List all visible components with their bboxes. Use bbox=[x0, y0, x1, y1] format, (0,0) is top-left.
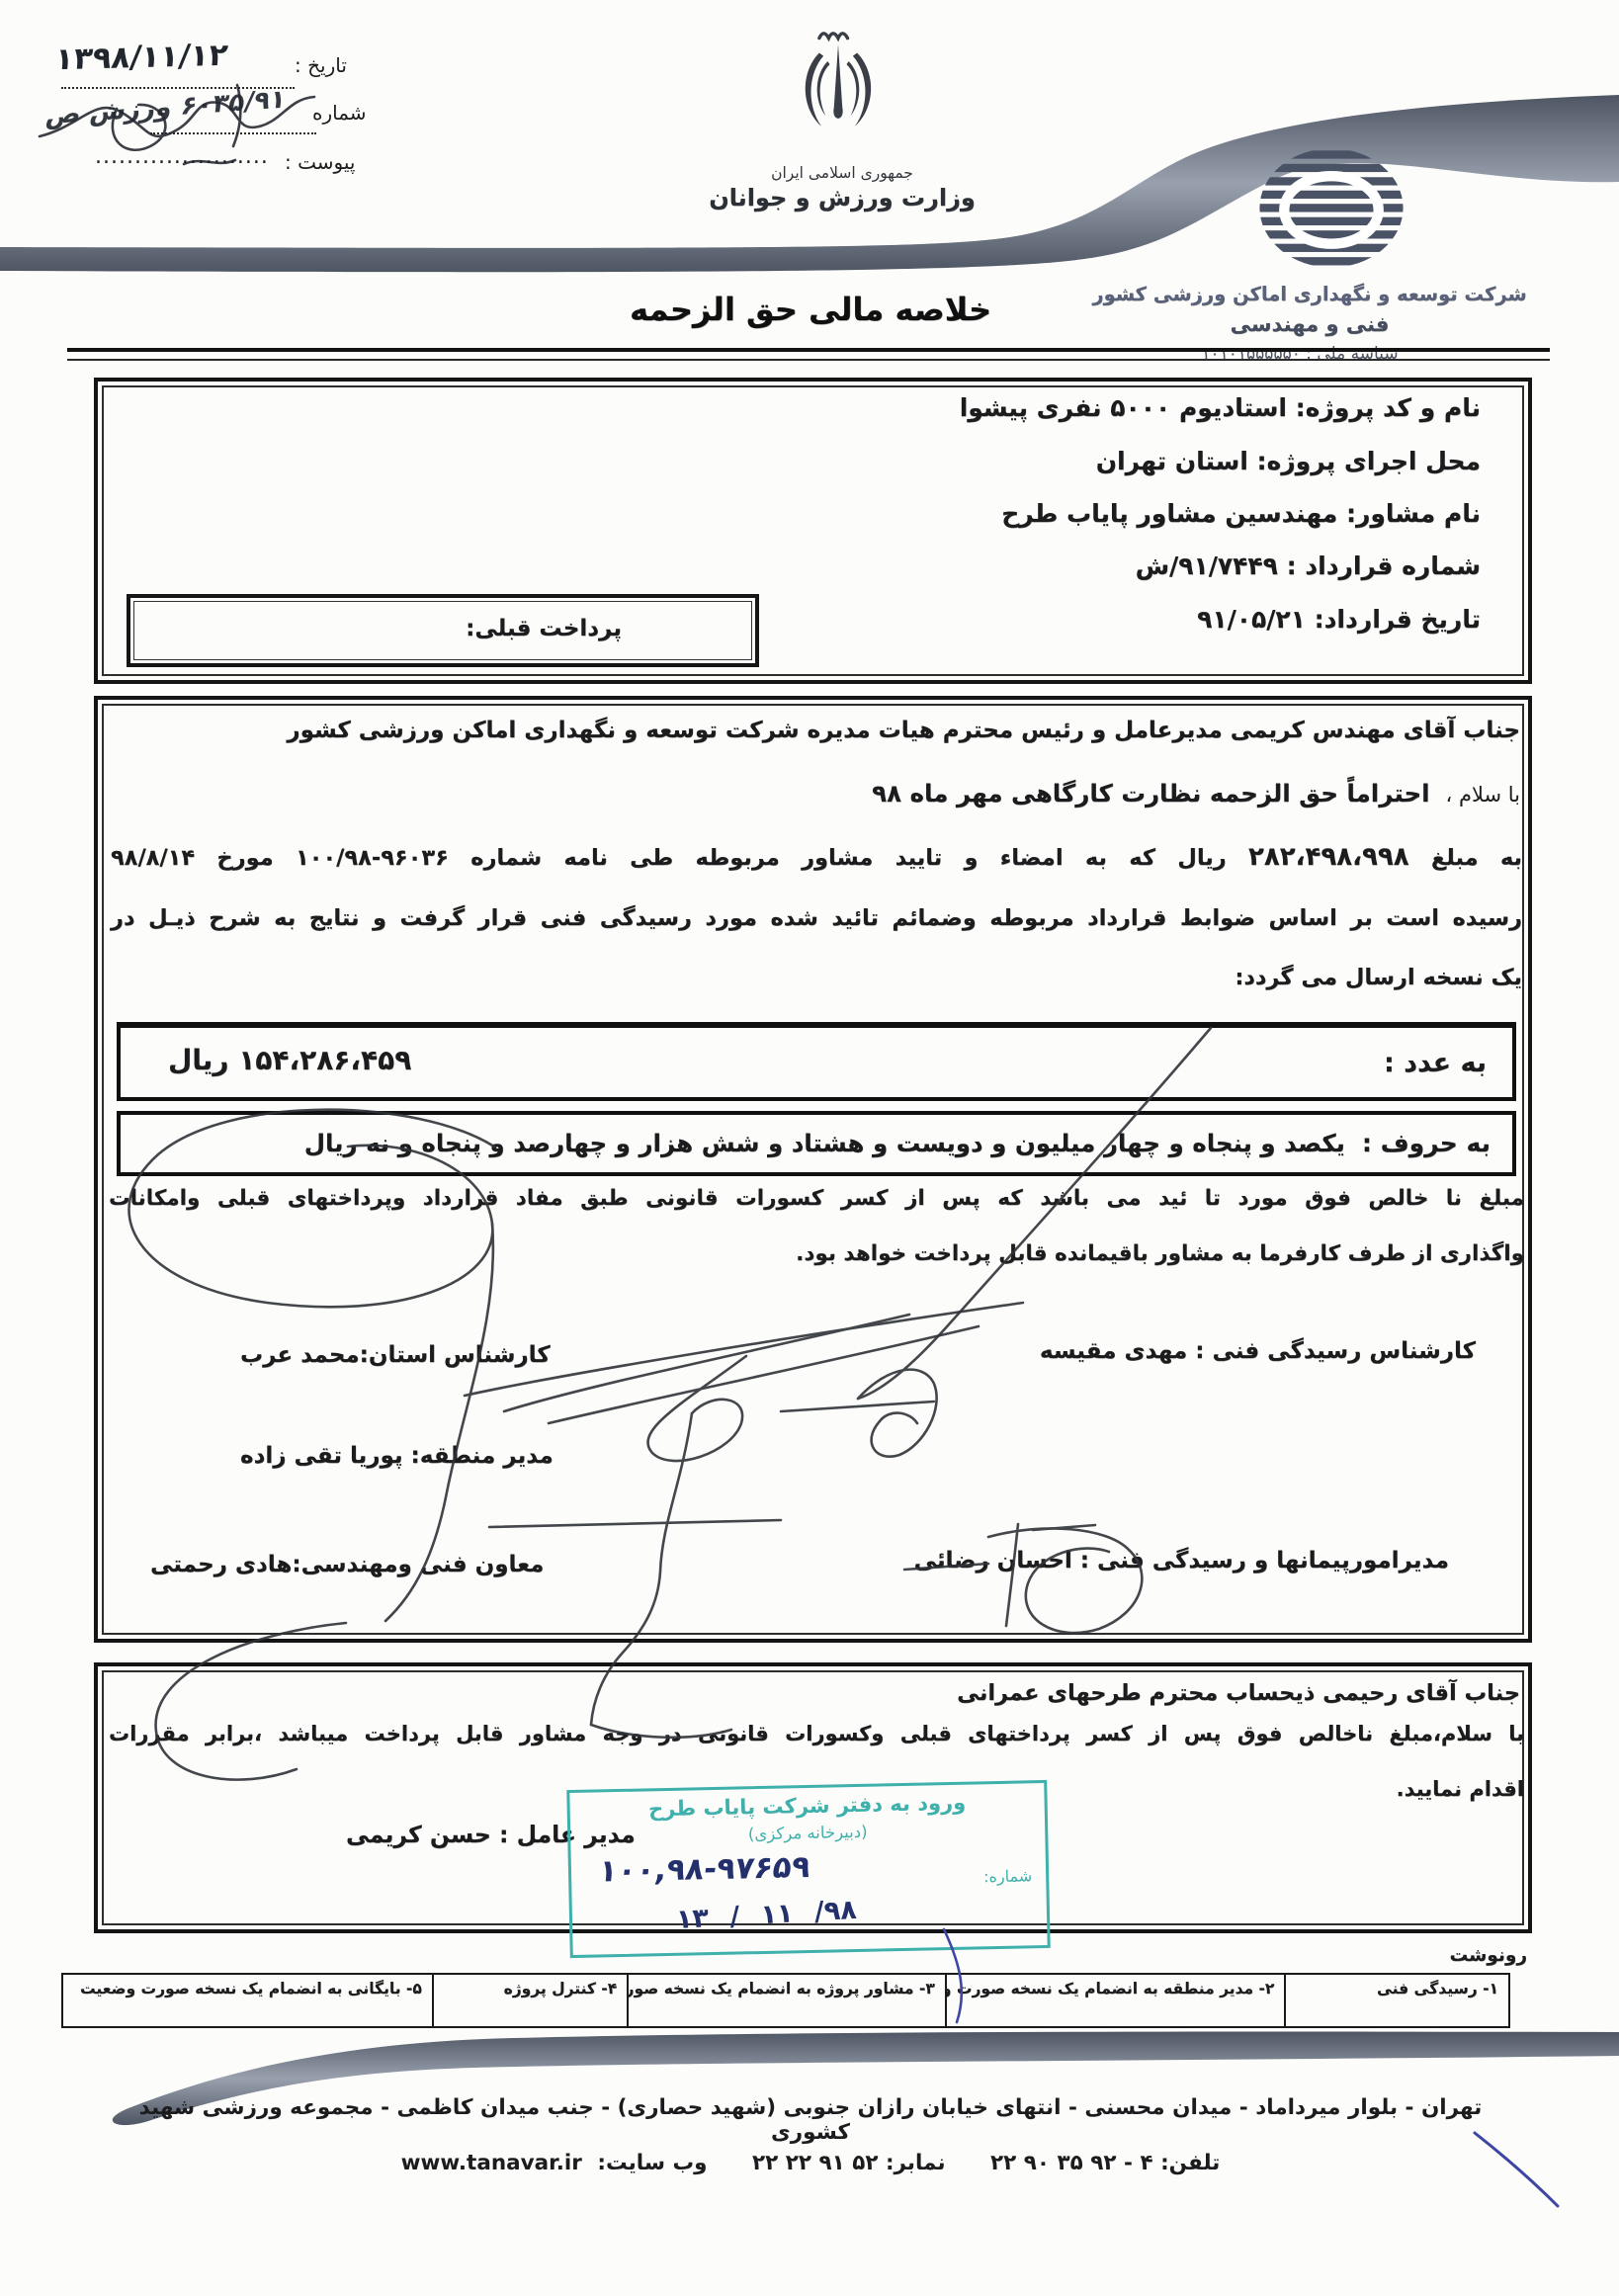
amount-suffix: ریال که به امضاء و تایید مشاور مربوطه طی… bbox=[111, 845, 1227, 871]
stamp-handwritten-number: ۱۰۰,۹۸-۹۷۶۵۹ bbox=[597, 1849, 812, 1890]
sig-technical-deputy: معاون فنی ومهندسی:هادی رحمتی bbox=[150, 1552, 544, 1577]
sig-province-expert: کارشناس استان:محمد عرب bbox=[240, 1342, 551, 1368]
letter-subject: احتراماً حق الزحمه نظارت کارگاهی مهر ماه… bbox=[872, 779, 1429, 808]
gross-amount-figures: ۲۸۲،۴۹۸،۹۹۸ bbox=[1248, 842, 1409, 872]
project-location: محل اجرای پروژه: استان تهران bbox=[1096, 447, 1481, 475]
scanned-letter-page: تاریخ : ۱۳۹۸/۱۱/۱۲ شماره ۶۰۳۵/۹۱ ورزش ص … bbox=[0, 0, 1619, 2296]
footer-website: www.tanavar.ir bbox=[401, 2151, 582, 2175]
project-consultant: نام مشاور: مهندسین مشاور پایاب طرح bbox=[1001, 499, 1481, 528]
attachment-label: پیوست : bbox=[285, 150, 355, 174]
net-note-line2: واگذاری از طرف کارفرما به مشاور باقیماند… bbox=[796, 1241, 1524, 1266]
letter-paragraph-line3: یک نسخه ارسال می گردد: bbox=[1235, 965, 1522, 990]
distribution-item-4: ۴- کنترل پروژه bbox=[432, 1975, 627, 2026]
iran-emblem-icon bbox=[784, 28, 893, 164]
payment-order-body1: با سلام،مبلغ ناخالص فوق پس از کسر پرداخت… bbox=[109, 1722, 1524, 1745]
stamp-line1: ورود به دفتر شرکت پایاب طرح bbox=[569, 1789, 1044, 1823]
footer-fax: نمابر: ۵۲ ۹۱ ۲۲ ۲۲ bbox=[752, 2151, 946, 2175]
sig-technical-expert: کارشناس رسیدگی فنی : مهدی مقیسه bbox=[1040, 1338, 1476, 1364]
gov-line2: وزارت ورزش و جوانان bbox=[674, 184, 1010, 212]
footer-website-label: وب سایت: bbox=[597, 2151, 707, 2175]
project-name-code: نام و کد پروژه: استادیوم ۵۰۰۰ نفری پیشوا bbox=[960, 393, 1481, 422]
distribution-item-5: ۵- بایگانی به انضمام یک نسخه صورت وضعیت bbox=[63, 1975, 432, 2026]
sig-contracts-manager: مدیرامورپیمانها و رسیدگی فنی : احسان رضا… bbox=[914, 1548, 1449, 1573]
amount-prefix: به مبلغ bbox=[1431, 845, 1522, 871]
payment-order-addressee: جناب آقای رحیمی ذیحساب محترم طرحهای عمرا… bbox=[957, 1680, 1520, 1706]
amount-words-box: به حروف : یکصد و پنجاه و چهار میلیون و د… bbox=[117, 1111, 1516, 1176]
footer-contact-line: تلفن: ۴ - ۹۲ ۳۵ ۹۰ ۲۲ نمابر: ۵۲ ۹۱ ۲۲ ۲۲… bbox=[168, 2151, 1453, 2175]
date-label: تاریخ : bbox=[295, 53, 347, 77]
gov-line1: جمهوری اسلامی ایران bbox=[704, 164, 980, 182]
number-label: شماره bbox=[312, 101, 367, 125]
handwritten-date: ۱۳۹۸/۱۱/۱۲ bbox=[53, 38, 229, 78]
stamp-number-label: شماره: bbox=[983, 1866, 1032, 1886]
contract-date: تاریخ قرارداد: ۹۱/۰۵/۲۱ bbox=[1197, 605, 1481, 634]
letter-paragraph-line2: رسیده است بر اساس ضوابط قرارداد مربوطه و… bbox=[111, 905, 1522, 931]
title-rule-thick bbox=[67, 348, 1550, 352]
title-rule-thin bbox=[67, 359, 1550, 361]
letter-subject-line: با سلام ،احتراماً حق الزحمه نظارت کارگاه… bbox=[872, 779, 1520, 808]
company-logo-icon bbox=[1243, 142, 1419, 281]
sig-region-manager: مدیر منطقه: پوریا تقی زاده bbox=[240, 1443, 554, 1469]
amount-words-label: به حروف : bbox=[1362, 1129, 1491, 1157]
distribution-label: رونوشت bbox=[1438, 1945, 1527, 1966]
previous-payment-box: پرداخت قبلی: bbox=[127, 594, 759, 667]
distribution-item-3: ۳- مشاور پروژه به انضمام یک نسخه صورت وض… bbox=[627, 1975, 945, 2026]
footer-phone: تلفن: ۴ - ۹۲ ۳۵ ۹۰ ۲۲ bbox=[990, 2151, 1220, 2175]
amount-figures-label: به عدد : bbox=[1384, 1048, 1487, 1078]
stamp-handwritten-date: ۹۸/ ۱۱ / ۱۳ bbox=[675, 1895, 857, 1935]
letter-addressee: جناب آقای مهندس کریمی مدیرعامل و رئیس مح… bbox=[287, 718, 1520, 743]
page-title: خلاصه مالی حق الزحمه bbox=[549, 291, 1072, 328]
company-national-id: شناسه ملی : ۱۰۱۰۱۵۵۵۵۵۰ bbox=[1127, 344, 1473, 364]
number-dotted-line bbox=[150, 132, 316, 134]
stamp-line2: (دبیرخانه مرکزی) bbox=[570, 1819, 1045, 1847]
distribution-table: ۱- رسیدگی فنی ۲- مدیر منطقه به انضمام یک… bbox=[61, 1973, 1510, 2028]
payment-order-body2: اقدام نمایید. bbox=[1397, 1777, 1524, 1801]
footer-address: تهران - بلوار میرداماد - میدان محسنی - ا… bbox=[119, 2095, 1502, 2145]
company-dept: فنی و مهندسی bbox=[1176, 312, 1443, 336]
company-name: شرکت توسعه و نگهداری اماکن ورزشی کشور bbox=[1067, 283, 1552, 305]
previous-payment-label: پرداخت قبلی: bbox=[466, 616, 622, 641]
distribution-item-1: ۱- رسیدگی فنی bbox=[1284, 1975, 1508, 2026]
contract-number: شماره قرارداد : ۹۱/۷۴۴۹/ش bbox=[1136, 552, 1481, 580]
company-entry-stamp: ورود به دفتر شرکت پایاب طرح (دبیرخانه مر… bbox=[566, 1780, 1050, 1958]
attachment-dots: ...................... bbox=[95, 144, 269, 169]
amount-words-value: یکصد و پنجاه و چهار میلیون و دویست و هشت… bbox=[304, 1129, 1345, 1157]
letter-paragraph-line1: به مبلغ ۲۸۲،۴۹۸،۹۹۸ ریال که به امضاء و ت… bbox=[111, 842, 1522, 872]
amount-figures-value: ۱۵۴،۲۸۶،۴۵۹ ریال bbox=[168, 1044, 411, 1076]
net-note-line1: مبلغ نا خالص فوق مورد تا ئید می باشد که … bbox=[109, 1186, 1524, 1211]
distribution-item-2: ۲- مدیر منطقه به انضمام یک نسخه صورت وضع… bbox=[945, 1975, 1285, 2026]
amount-figures-box: به عدد : ۱۵۴،۲۸۶،۴۵۹ ریال bbox=[117, 1022, 1516, 1101]
salutation: با سلام ، bbox=[1446, 783, 1521, 807]
